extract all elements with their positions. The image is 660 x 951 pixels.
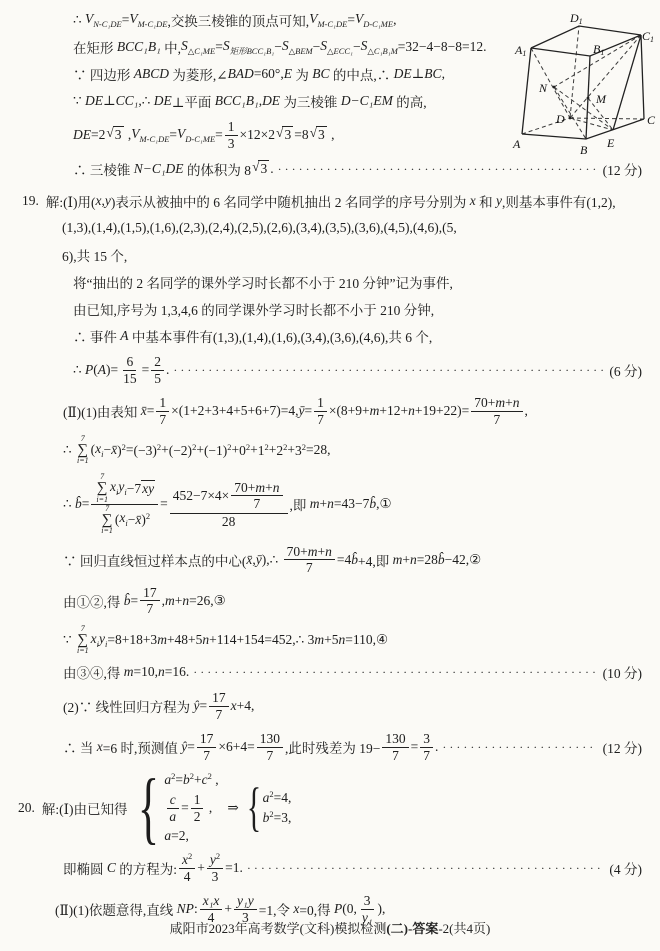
text-run: 70+	[234, 480, 255, 496]
text-run: 2	[154, 354, 161, 370]
text-run: +	[402, 552, 410, 568]
radical: √3	[310, 126, 327, 143]
math-var: DE	[262, 93, 280, 109]
text-run: (2)∵ 线性回归方程为	[63, 696, 194, 716]
text-run: 130	[385, 731, 405, 747]
text-run: ∴ 三棱锥	[73, 159, 134, 179]
text-run: 即椭圆	[63, 858, 107, 878]
text-run: 中,	[161, 37, 181, 57]
line-content: 即椭圆 C 的方程为:x24+y23=1.	[63, 851, 243, 885]
radical: √3	[106, 126, 123, 143]
math-subscripted: yi	[99, 631, 107, 649]
text-run: +	[320, 496, 328, 512]
math-var: n	[325, 544, 332, 560]
math-var: A	[120, 328, 128, 344]
text-run: =	[187, 739, 195, 755]
math-superscripted: 12	[258, 442, 269, 459]
brace-icon: {	[246, 785, 260, 831]
text-run: +12+	[379, 403, 408, 419]
math-var: P	[334, 901, 342, 917]
footer-text-pre: 咸阳市2023年高考数学(文科)模拟检测	[170, 921, 387, 936]
solution-line: (Ⅱ)(1)由表知 x̄=17×(1+2+3+4+5+6+7)=4,ȳ=17×(…	[63, 394, 642, 428]
math-var: c	[170, 792, 176, 808]
text-run: =3,	[274, 810, 292, 826]
text-run: ,	[525, 403, 528, 419]
text-run: 的中点,∴	[329, 64, 393, 84]
math-var: m	[370, 403, 380, 419]
fraction: ca	[166, 792, 179, 824]
text-run: 为三棱锥	[280, 91, 341, 111]
math-var: DE	[85, 93, 103, 109]
text-run: ),	[378, 901, 386, 917]
fraction: 1307	[257, 731, 283, 763]
line-content: ∵ 四边形 ABCD 为菱形,∠BAD=60°,E 为 BC 的中点,∴ DE⊥…	[73, 64, 445, 84]
score-label: (12 分)	[603, 737, 642, 757]
text-run: =	[169, 127, 177, 143]
text-run: 将“抽出的 2 名同学的课外学习时长都不小于 210 分钟”记为事件,	[73, 272, 453, 292]
math-var: A	[98, 362, 106, 378]
text-run: =60°,	[254, 66, 284, 82]
text-run: =2	[91, 127, 105, 143]
solution-line: 将“抽出的 2 名同学的课外学习时长都不小于 210 分钟”记为事件,	[73, 272, 642, 292]
text-run: 6),共 15 个,	[62, 245, 127, 265]
text-run: =2,	[171, 828, 189, 844]
text-run: 3	[423, 731, 430, 747]
text-run: +	[269, 442, 277, 458]
line-content: ∴ 7∑i=1(xi−x̄)2=(−3)2+(−2)2+(−1)2+02+12+…	[63, 435, 331, 465]
text-run: +	[287, 442, 295, 458]
sigma-icon: ∑	[102, 513, 113, 527]
text-run: ,	[393, 12, 396, 28]
text-run: 和	[476, 191, 496, 211]
solution-line: 在矩形 BCC₁B₁ 中,S△C₁ME=S矩形BCC₁B₁−S△BEM−S△EC…	[73, 37, 642, 57]
text-run: 452−7×4×	[173, 488, 230, 504]
line-content: ∴ 事件 A 中基本事件有(1,3),(1,4),(1,6),(3,4),(3,…	[73, 326, 432, 346]
dotted-leader-icon: ········································…	[247, 861, 603, 876]
text-run: =	[304, 403, 312, 419]
math-var: b̂	[351, 552, 358, 568]
sigma-icon: ∑	[77, 633, 88, 647]
fraction: 7∑i=1xiyi−7xy7∑i=1(xi−x̄)2	[91, 473, 158, 535]
text-run: +	[175, 593, 183, 609]
math-var: P	[85, 362, 93, 378]
text-run: =4	[337, 552, 351, 568]
text-run: =	[82, 496, 90, 512]
text-run: ⇒	[221, 800, 239, 816]
text-run: 3	[228, 136, 235, 152]
text-run: =28,	[306, 442, 331, 458]
cases-row: ca=12 ,	[164, 791, 212, 825]
text-run: =16.	[165, 664, 190, 680]
math-superscripted: a2	[164, 771, 175, 788]
cases-row: b2=3,	[263, 809, 292, 826]
text-run: 在矩形	[73, 37, 117, 57]
text-run: 28	[222, 514, 236, 530]
math-subscripted: xi	[91, 631, 99, 649]
footer-text-mid: (二)-答案	[386, 921, 438, 936]
text-run: 的方程为:	[116, 858, 177, 878]
text-run: =32−4−8−8=12.	[398, 39, 487, 55]
math-var: m	[495, 395, 505, 411]
text-run: =	[215, 127, 223, 143]
math-var: n	[410, 552, 417, 568]
text-run: 7	[494, 412, 501, 428]
solution-line: 6),共 15 个,	[62, 245, 642, 265]
math-superscripted: 32	[295, 442, 306, 459]
text-run: =	[175, 772, 183, 788]
sigma-icon: ∑	[97, 481, 108, 495]
text-run: −	[103, 442, 111, 458]
line-content: 6),共 15 个,	[62, 245, 127, 265]
math-var: m	[255, 480, 265, 496]
cases-row: a2=4,	[263, 789, 292, 806]
math-var: n	[327, 496, 334, 512]
footer-text-tail: -2(共4页)	[438, 921, 490, 936]
math-subscripted: S△C₁B₁M	[361, 38, 398, 57]
text-run: .	[435, 739, 438, 755]
text-run: ∴	[73, 12, 85, 28]
text-run: 130	[260, 731, 280, 747]
text-run: 由③④,得	[63, 662, 124, 682]
math-var: m	[393, 552, 403, 568]
radical: √3	[252, 160, 269, 177]
math-var: b̂	[75, 496, 82, 512]
question-number: 19.	[22, 193, 39, 209]
text-run: ,	[328, 127, 335, 143]
dotted-leader-icon: ········································…	[278, 162, 597, 177]
text-run: +	[505, 395, 513, 411]
math-var: BC	[424, 66, 441, 82]
fraction: 177	[197, 731, 217, 763]
math-var: ABCD	[134, 66, 169, 82]
text-run: +114+154=452,∴ 3	[209, 632, 314, 648]
text-run: 7	[147, 601, 154, 617]
text-run: =	[122, 12, 130, 28]
solution-line: DE=2√3 ,VM-C₁DE=VD-C₁ME=13×12×2√3=8√3 ,	[73, 118, 642, 152]
text-run: ∴	[63, 496, 75, 512]
text-run: +48+5	[167, 632, 202, 648]
text-run: ,	[205, 800, 212, 816]
text-run: =6 时,预测值	[103, 737, 182, 757]
math-var: b̂	[124, 593, 131, 609]
text-run: 解:(Ⅰ)用(	[46, 191, 96, 211]
text-run: =26,③	[189, 593, 226, 609]
math-var: N−C₁DE	[134, 161, 184, 177]
text-run: 解:(Ⅰ)由已知得	[42, 798, 128, 818]
text-run: 17	[212, 690, 226, 706]
text-run: 7	[392, 748, 399, 764]
text-run: +	[232, 442, 240, 458]
text-run: ∵ 四边形	[73, 64, 134, 84]
fraction: 452−7×4×70+m+n728	[170, 479, 288, 530]
text-run: +	[317, 544, 325, 560]
fraction: 70+m+n7	[231, 480, 282, 512]
math-var: C	[107, 860, 116, 876]
solution-lines: ∴ VN-C₁DE=VM-C₁DE,交换三棱锥的顶点可知,VM-C₁DE=VD-…	[0, 10, 660, 933]
text-run: +5	[324, 632, 338, 648]
math-superscripted: 02	[239, 442, 250, 459]
text-run: ∵ 回归直线恒过样本点的中心(	[63, 550, 246, 570]
text-run: (1,3),(1,4),(1,5),(1,6),(2,3),(2,4),(2,5…	[62, 220, 457, 236]
math-var: m	[124, 664, 134, 680]
math-subscripted: VN-C₁DE	[85, 11, 122, 29]
text-run: +	[194, 772, 202, 788]
text-run: 3	[364, 893, 371, 909]
text-run: +	[161, 442, 169, 458]
line-content: ∴ b̂=7∑i=1xiyi−7xy7∑i=1(xi−x̄)2=452−7×4×…	[63, 472, 392, 536]
text-run: =1.	[225, 860, 243, 876]
math-var: n	[513, 395, 520, 411]
dotted-leader-icon: ········································…	[442, 740, 596, 755]
line-content: (Ⅱ)(1)由表知 x̄=17×(1+2+3+4+5+6+7)=4,ȳ=17×(…	[63, 394, 528, 428]
text-run: =110,④	[345, 632, 388, 648]
text-run: ,	[442, 66, 445, 82]
text-run: =	[126, 442, 134, 458]
line-content: 解:(Ⅰ)由已知得{a2=b2+c2 ,ca=12 ,a=2, ⇒{a2=4,b…	[42, 771, 293, 844]
solution-line: 由已知,序号为 1,3,4,6 的同学课外学习时长都不小于 210 分钟,	[73, 299, 642, 319]
line-content: ∴ 当 x=6 时,预测值 ŷ=177×6+4=1307,此时残差为 19−13…	[63, 730, 438, 764]
solution-line: ∴ 事件 A 中基本事件有(1,3),(1,4),(1,6),(3,4),(3,…	[73, 326, 642, 346]
text-run: 17	[200, 731, 214, 747]
line-content: 将“抽出的 2 名同学的课外学习时长都不小于 210 分钟”记为事件,	[73, 272, 453, 292]
text-run: 70+	[474, 395, 495, 411]
text-run: )表示从被抽中的 6 名同学中随机抽出 2 名同学的序号分别为	[111, 191, 470, 211]
text-run: 15	[123, 371, 137, 387]
score-label: (6 分)	[609, 360, 642, 380]
overline-term: xy	[141, 480, 155, 497]
text-run: =	[411, 739, 419, 755]
line-content: 解:(Ⅰ)用(x,y)表示从被抽中的 6 名同学中随机抽出 2 名同学的序号分别…	[46, 191, 616, 211]
text-run: ∴	[63, 442, 75, 458]
score-label: (12 分)	[603, 159, 642, 179]
solution-line: ∴ 当 x=6 时,预测值 ŷ=177×6+4=1307,此时残差为 19−13…	[63, 730, 642, 764]
text-run: =	[142, 362, 150, 378]
text-run: =	[215, 39, 223, 55]
math-var: n	[182, 593, 189, 609]
solution-line: ∴ VN-C₁DE=VM-C₁DE,交换三棱锥的顶点可知,VM-C₁DE=VD-…	[73, 10, 642, 30]
text-run: ∵	[73, 93, 85, 109]
text-run: 的体积为 8	[184, 159, 252, 179]
text-run: 2	[194, 809, 201, 825]
math-subscripted: yi	[118, 479, 126, 498]
math-var: NP	[177, 901, 194, 917]
line-content: (1,3),(1,4),(1,5),(1,6),(2,3),(2,4),(2,5…	[62, 220, 457, 236]
math-var: BCC₁B₁	[215, 93, 259, 109]
text-run: ×6+4=	[218, 739, 254, 755]
math-var: y₁y	[237, 893, 254, 909]
fraction: 177	[209, 690, 229, 722]
fraction: 177	[140, 585, 160, 617]
text-run: 17	[143, 585, 157, 601]
fraction: 615	[120, 354, 140, 386]
text-run: 1	[317, 395, 324, 411]
fraction: 17	[156, 395, 169, 427]
math-var: b̂	[369, 496, 376, 512]
text-run: ,	[125, 127, 132, 143]
math-var: a	[164, 828, 171, 844]
text-run: ∵	[63, 632, 75, 648]
text-run: +	[224, 901, 232, 917]
text-run: =	[131, 593, 139, 609]
line-content: ∴ P(A)=615=25.	[73, 353, 169, 387]
text-run: 中基本事件有(1,3),(1,4),(1,6),(3,4),(3,6),(4,6…	[129, 326, 433, 346]
math-subscripted: S矩形BCC₁B₁	[223, 38, 274, 57]
line-content: ∵ 回归直线恒过样本点的中心(x̄,ȳ),∴ 70+m+n7=4b̂+4,即 m…	[63, 543, 481, 577]
math-var: b̂	[438, 552, 445, 568]
math-var: m	[310, 496, 320, 512]
math-superscripted: c2	[202, 771, 212, 788]
math-var: DE	[73, 127, 91, 143]
text-run: 由已知,序号为 1,3,4,6 的同学课外学习时长都不小于 210 分钟,	[73, 299, 434, 319]
math-subscripted: VD-C₁ME	[355, 11, 393, 29]
solution-line: ∴ P(A)=615=25.··························…	[73, 353, 642, 387]
text-run: =	[347, 12, 355, 28]
math-var: BC	[312, 66, 329, 82]
fraction: 12	[191, 792, 204, 824]
text-run: =	[147, 403, 155, 419]
text-run: =4,	[274, 790, 292, 806]
fraction: x24	[179, 852, 195, 884]
math-var: n	[158, 664, 165, 680]
text-run: (Ⅱ)(1)依题意得,直线	[55, 899, 177, 919]
math-var: m	[157, 632, 167, 648]
line-content: ∴ 三棱锥 N−C₁DE 的体积为 8√3.	[73, 159, 274, 179]
math-var: CC₁	[116, 93, 139, 109]
text-run: +19+22)=	[415, 403, 469, 419]
solution-line: ∵ 四边形 ABCD 为菱形,∠BAD=60°,E 为 BC 的中点,∴ DE⊥…	[73, 64, 642, 84]
math-var: a	[169, 809, 176, 825]
fraction: 70+m+n7	[284, 544, 335, 576]
text-run: ,则基本事件有(1,2),	[502, 191, 616, 211]
line-content: (2)∵ 线性回归方程为 ŷ=177x+4,	[63, 689, 254, 723]
summation: 7∑i=1	[77, 435, 89, 465]
summation: 7∑i=1	[77, 625, 89, 655]
cases-system: {a2=b2+c2 ,ca=12 ,a=2,	[129, 771, 218, 844]
text-run: =1,令	[259, 899, 294, 919]
math-subscripted: xi	[119, 510, 127, 529]
math-subscripted: xi	[95, 441, 103, 459]
text-run: (Ⅱ)(1)由表知	[63, 401, 141, 421]
text-run: +	[196, 442, 204, 458]
score-label: (4 分)	[609, 858, 642, 878]
text-run: −7	[127, 481, 141, 497]
text-run: =	[160, 496, 168, 512]
text-run: 7	[203, 748, 210, 764]
line-content: DE=2√3 ,VM-C₁DE=VD-C₁ME=13×12×2√3=8√3 ,	[73, 118, 335, 152]
solution-line: (1,3),(1,4),(1,5),(1,6),(2,3),(2,4),(2,5…	[62, 218, 642, 238]
cases-row: a2=b2+c2 ,	[164, 771, 218, 788]
math-subscripted: S△ECC₁	[320, 38, 353, 57]
text-run: ⊥	[412, 66, 425, 82]
math-superscripted: b2	[183, 771, 194, 788]
text-run: 1	[159, 395, 166, 411]
math-var: BCC₁B₁	[117, 39, 161, 55]
text-run: 7	[254, 496, 261, 512]
math-superscripted: x2	[182, 852, 192, 868]
math-var: m	[165, 593, 175, 609]
solution-line: 由③④,得 m=10,n=16.························…	[63, 662, 642, 682]
fraction: 37	[420, 731, 433, 763]
text-run: ∴	[73, 362, 85, 378]
solution-line: ∴ 三棱锥 N−C₁DE 的体积为 8√3.··················…	[73, 159, 642, 179]
text-run: 由①②,得	[63, 591, 124, 611]
text-run: −	[274, 39, 282, 55]
text-run: 4	[184, 869, 191, 885]
text-run: .	[270, 161, 273, 177]
text-run: 7	[317, 412, 324, 428]
text-run: 7	[266, 748, 273, 764]
math-subscripted: VM-C₁DE	[129, 11, 167, 29]
solution-line: 20.解:(Ⅰ)由已知得{a2=b2+c2 ,ca=12 ,a=2, ⇒{a2=…	[18, 771, 642, 844]
math-var: E	[284, 66, 292, 82]
math-superscripted: )2	[117, 442, 126, 459]
math-var: m	[314, 632, 324, 648]
text-run: 7	[306, 560, 313, 576]
fraction: 1307	[382, 731, 408, 763]
text-run: 7	[423, 748, 430, 764]
math-var: n	[273, 480, 280, 496]
math-superscripted: (−3)2	[133, 442, 161, 459]
text-run: =	[200, 698, 208, 714]
math-var: n	[338, 632, 345, 648]
math-subscripted: VM-C₁DE	[131, 126, 169, 144]
solution-line: 19.解:(Ⅰ)用(x,y)表示从被抽中的 6 名同学中随机抽出 2 名同学的序…	[22, 191, 642, 211]
text-run: −42,②	[445, 552, 482, 568]
fraction: 25	[151, 354, 164, 386]
text-run: 70+	[287, 544, 308, 560]
text-run: ×12×2	[240, 127, 275, 143]
text-run: +	[250, 442, 258, 458]
fraction: 13	[225, 119, 238, 151]
math-subscripted: S△C₁ME	[181, 38, 215, 57]
text-run: =	[181, 800, 189, 816]
math-superscripted: a2	[263, 789, 274, 806]
math-var: m	[308, 544, 318, 560]
solution-line: ∵ DE⊥CC₁,∴ DE⊥平面 BCC₁B₁,DE 为三棱锥 D−C₁EM 的…	[73, 91, 642, 111]
text-run: =0,得	[299, 899, 334, 919]
math-superscripted: (−1)2	[204, 442, 232, 459]
text-run: )=	[106, 362, 118, 378]
math-subscripted: VD-C₁ME	[177, 126, 215, 144]
math-superscripted: )2	[141, 512, 150, 528]
question-number: 20.	[18, 800, 35, 816]
text-run: ,交换三棱锥的顶点可知,	[167, 10, 309, 30]
solution-line: 由①②,得 b̂=177,m+n=26,③	[63, 584, 642, 618]
fraction: 17	[314, 395, 327, 427]
text-run: 的高,	[393, 91, 427, 111]
line-content: 由③④,得 m=10,n=16.	[63, 662, 189, 682]
text-run: ,∴	[138, 93, 153, 109]
document-page: D1 C1 A1 B1 N M D A B E C ∴ VN-C₁DE=VM-C…	[0, 0, 660, 951]
text-run: 3	[212, 869, 219, 885]
summation: 7∑i=1	[101, 505, 113, 535]
math-subscripted: VM-C₁DE	[309, 11, 347, 29]
brace-icon: {	[138, 773, 159, 842]
text-run: +	[197, 860, 205, 876]
text-run: +4,即	[358, 550, 393, 570]
math-var: n	[202, 632, 209, 648]
math-var: BAD	[228, 66, 254, 82]
solution-line: ∴ b̂=7∑i=1xiyi−7xy7∑i=1(xi−x̄)2=452−7×4×…	[63, 472, 642, 536]
text-run: ,	[212, 772, 219, 788]
math-var: D−C₁EM	[341, 93, 393, 109]
math-superscripted: b2	[263, 809, 274, 826]
text-run: =43−7	[334, 496, 369, 512]
text-run: (0,	[342, 901, 357, 917]
solution-line: ∵ 回归直线恒过样本点的中心(x̄,ȳ),∴ 70+m+n7=4b̂+4,即 m…	[63, 543, 642, 577]
text-run: ∴ 事件	[73, 326, 120, 346]
text-run: 1	[228, 119, 235, 135]
